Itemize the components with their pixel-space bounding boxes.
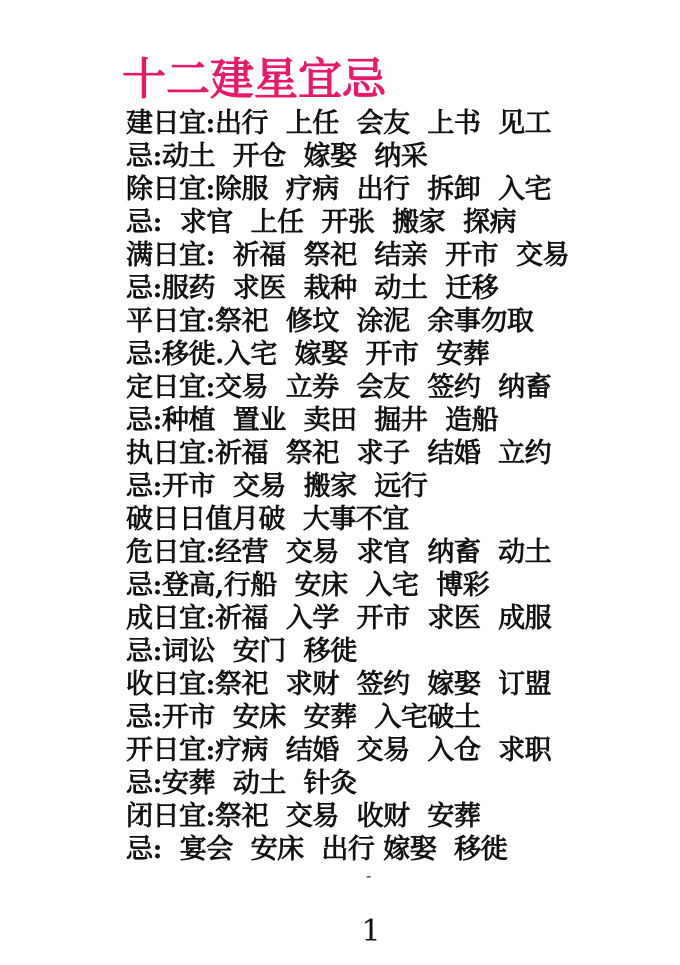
almanac-list: 建日宜:出行 上任 会友 上书 见工 忌:动土 开仓 嫁娶 纳采 除日宜:除服 … bbox=[126, 107, 586, 866]
list-item: 忌:开市 安床 安葬 入宅破土 bbox=[126, 701, 586, 734]
list-item: 平日宜:祭祀 修坟 涂泥 余事勿取 bbox=[126, 305, 586, 338]
list-item: 忌:词讼 安门 移徙 bbox=[126, 635, 586, 668]
list-item: 危日宜:经营 交易 求官 纳畜 动土 bbox=[126, 536, 586, 569]
list-item: 定日宜:交易 立券 会友 签约 纳畜 bbox=[126, 371, 586, 404]
list-item: 破日日值月破 大事不宜 bbox=[126, 503, 586, 536]
list-item: 忌:服药 求医 栽种 动土 迁移 bbox=[126, 272, 586, 305]
list-item: 除日宜:除服 疗病 出行 拆卸 入宅 bbox=[126, 173, 586, 206]
list-item: 成日宜:祈福 入学 开市 求医 成服 bbox=[126, 602, 586, 635]
list-item: 收日宜:祭祀 求财 签约 嫁娶 订盟 bbox=[126, 668, 586, 701]
list-item: 忌:移徙.入宅 嫁娶 开市 安葬 bbox=[126, 338, 586, 371]
document-page: 十二建星宜忌 建日宜:出行 上任 会友 上书 见工 忌:动土 开仓 嫁娶 纳采 … bbox=[0, 0, 680, 965]
list-item: 忌:登高,行船 安床 入宅 博彩 bbox=[126, 569, 586, 602]
list-item: 忌:种植 置业 卖田 掘井 造船 bbox=[126, 404, 586, 437]
list-item: 建日宜:出行 上任 会友 上书 见工 bbox=[126, 107, 586, 140]
footer-mark: - bbox=[366, 866, 371, 885]
list-item: 忌:动土 开仓 嫁娶 纳采 bbox=[126, 140, 586, 173]
list-item: 闭日宜:祭祀 交易 收财 安葬 bbox=[126, 800, 586, 833]
list-item: 忌: 宴会 安床 出行 嫁娶 移徙 bbox=[126, 833, 586, 866]
list-item: 执日宜:祈福 祭祀 求子 结婚 立约 bbox=[126, 437, 586, 470]
page-number: 1 bbox=[0, 914, 680, 949]
page-title: 十二建星宜忌 bbox=[122, 56, 386, 104]
list-item: 忌: 求官 上任 开张 搬家 探病 bbox=[126, 206, 586, 239]
list-item: 忌:安葬 动土 针灸 bbox=[126, 767, 586, 800]
list-item: 忌:开市 交易 搬家 远行 bbox=[126, 470, 586, 503]
list-item: 满日宜: 祈福 祭祀 结亲 开市 交易 bbox=[126, 239, 586, 272]
list-item: 开日宜:疗病 结婚 交易 入仓 求职 bbox=[126, 734, 586, 767]
